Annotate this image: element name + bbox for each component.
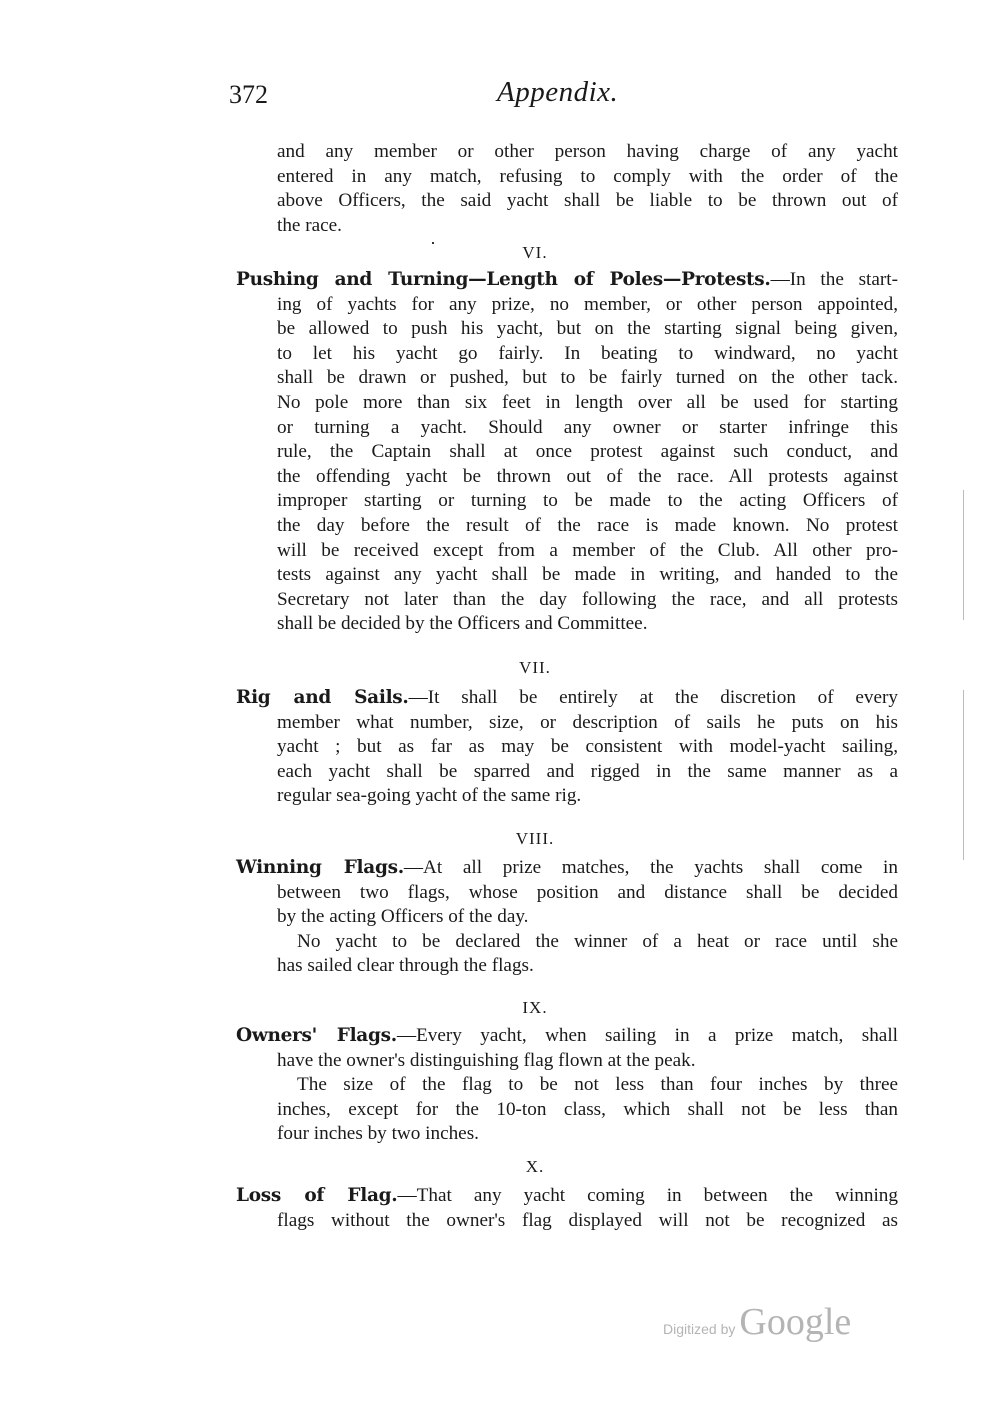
section-heading: Rig and Sails.: [236, 687, 409, 708]
text-line: above Officers, the said yacht shall be …: [277, 189, 898, 214]
text-line: or turning a yacht. Should any owner or …: [236, 416, 898, 441]
text-line: No pole more than six feet in length ove…: [236, 391, 898, 416]
section-heading: Owners' Flags.: [236, 1025, 397, 1046]
section-first-line: Winning Flags.—At all prize matches, the…: [236, 856, 898, 881]
section-vii: Rig and Sails.—It shall be entirely at t…: [236, 686, 898, 809]
text-line: No yacht to be declared the winner of a …: [236, 930, 898, 955]
text-line: each yacht shall be sparred and rigged i…: [236, 760, 898, 785]
page-number: 372: [229, 80, 268, 110]
text-line: yacht ; but as far as may be consistent …: [236, 735, 898, 760]
text-line: tests against any yacht shall be made in…: [236, 563, 898, 588]
section-first-line: Pushing and Turning—Length of Poles—Prot…: [236, 268, 898, 293]
section-heading: Winning Flags.: [236, 857, 404, 878]
text-line: member what number, size, or description…: [236, 711, 898, 736]
text-line: the day before the result of the race is…: [236, 514, 898, 539]
text-line: flags without the owner's flag displayed…: [236, 1209, 898, 1234]
section-numeral-vi: VI.: [470, 243, 600, 263]
text-line: entered in any match, refusing to comply…: [277, 165, 898, 190]
text-line: have the owner's distinguishing flag flo…: [236, 1049, 898, 1074]
text-line: the offending yacht be thrown out of the…: [236, 465, 898, 490]
text-line: to let his yacht go fairly. In beating t…: [236, 342, 898, 367]
text-line: improper starting or turning to be made …: [236, 489, 898, 514]
section-first-line: Rig and Sails.—It shall be entirely at t…: [236, 686, 898, 711]
text-line: by the acting Officers of the day.: [236, 905, 898, 930]
text-line: rule, the Captain shall at once protest …: [236, 440, 898, 465]
text-line: will be received except from a member of…: [236, 539, 898, 564]
google-watermark: Digitized by Google: [663, 1300, 851, 1344]
text-line: be allowed to push his yacht, but on the…: [236, 317, 898, 342]
text-line: four inches by two inches.: [236, 1122, 898, 1147]
text-line: regular sea-going yacht of the same rig.: [236, 784, 898, 809]
section-first-line: Owners' Flags.—Every yacht, when sailing…: [236, 1024, 898, 1049]
scan-margin-line: [963, 490, 964, 620]
text-line: shall be drawn or pushed, but to be fair…: [236, 366, 898, 391]
text-line: the race.: [277, 214, 898, 239]
intro-paragraph: and any member or other person having ch…: [277, 140, 898, 238]
google-logo: Google: [739, 1301, 851, 1343]
section-x: Loss of Flag.—That any yacht coming in b…: [236, 1184, 898, 1233]
watermark-prefix: Digitized by: [663, 1321, 735, 1337]
section-numeral-viii: VIII.: [470, 829, 600, 849]
text-line: has sailed clear through the flags.: [236, 954, 898, 979]
section-numeral-ix: IX.: [470, 998, 600, 1018]
scan-margin-line: [963, 690, 964, 860]
section-numeral-x: X.: [470, 1157, 600, 1177]
section-viii: Winning Flags.—At all prize matches, the…: [236, 856, 898, 979]
text-line: inches, except for the 10-ton class, whi…: [236, 1098, 898, 1123]
text-line: ing of yachts for any prize, no member, …: [236, 293, 898, 318]
scan-dot: [432, 242, 434, 244]
running-head: Appendix.: [497, 76, 618, 109]
text-line: and any member or other person having ch…: [277, 140, 898, 165]
section-ix: Owners' Flags.—Every yacht, when sailing…: [236, 1024, 898, 1147]
section-numeral-vii: VII.: [470, 658, 600, 678]
section-vi: Pushing and Turning—Length of Poles—Prot…: [236, 268, 898, 637]
section-heading: Loss of Flag.: [236, 1185, 397, 1206]
text-line: The size of the flag to be not less than…: [236, 1073, 898, 1098]
text-line: between two flags, whose position and di…: [236, 881, 898, 906]
section-heading: Pushing and Turning—Length of Poles—Prot…: [236, 269, 771, 290]
text-line: Secretary not later than the day followi…: [236, 588, 898, 613]
section-first-line: Loss of Flag.—That any yacht coming in b…: [236, 1184, 898, 1209]
text-line: shall be decided by the Officers and Com…: [236, 612, 898, 637]
